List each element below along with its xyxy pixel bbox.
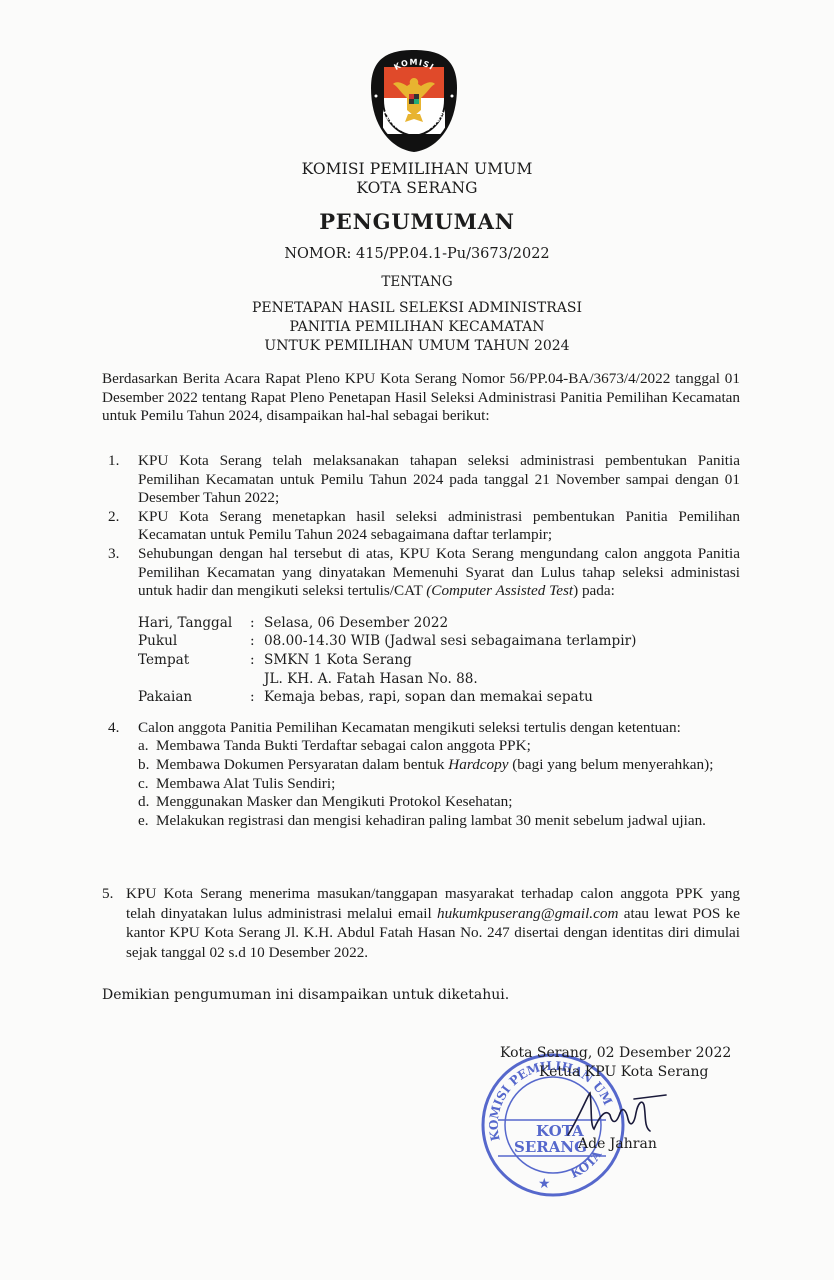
tentang-label: TENTANG (0, 274, 834, 290)
subject-line2: PANITIA PEMILIHAN KECAMATAN (0, 318, 834, 337)
institution-name: KOMISI PEMILIHAN UMUM KOTA SERANG (0, 160, 834, 198)
list-item: 5. KPU Kota Serang menerima masukan/tang… (126, 884, 740, 962)
institution-line1: KOMISI PEMILIHAN UMUM (0, 160, 834, 179)
schedule-row: Pukul : 08.00-14.30 WIB (Jadwal sesi seb… (138, 632, 740, 651)
item-text: KPU Kota Serang menetapkan hasil seleksi… (138, 508, 740, 544)
schedule-label: Hari, Tanggal (138, 614, 250, 633)
schedule-colon: : (250, 651, 264, 670)
subject-line1: PENETAPAN HASIL SELEKSI ADMINISTRASI (0, 299, 834, 318)
item-number: 3. (108, 545, 119, 564)
item-number: 1. (108, 452, 119, 471)
item-number: 2. (108, 508, 119, 527)
schedule-value: JL. KH. A. Fatah Hasan No. 88. (264, 670, 740, 689)
schedule-value: Selasa, 06 Desember 2022 (264, 614, 740, 633)
schedule-value: SMKN 1 Kota Serang (264, 651, 740, 670)
schedule-row: JL. KH. A. Fatah Hasan No. 88. (138, 670, 740, 689)
schedule-label: Pakaian (138, 688, 250, 707)
requirement-letter: c. (138, 775, 149, 794)
place-date: Kota Serang, 02 Desember 2022 (482, 1044, 772, 1063)
requirement-text: Membawa Dokumen Persyaratan dalam bentuk (156, 756, 448, 773)
signer-role: Ketua KPU Kota Serang (482, 1063, 772, 1082)
document-number: NOMOR: 415/PP.04.1-Pu/3673/2022 (0, 246, 834, 262)
requirement-item: e. Melakukan registrasi dan mengisi keha… (102, 812, 740, 831)
schedule-label (138, 670, 250, 689)
requirement-item: a. Membawa Tanda Bukti Terdaftar sebagai… (102, 737, 740, 756)
handwritten-signature-icon (560, 1085, 670, 1145)
requirement-letter: d. (138, 793, 149, 812)
list-item: 2. KPU Kota Serang menetapkan hasil sele… (102, 508, 740, 545)
requirement-text: Menggunakan Masker dan Mengikuti Protoko… (156, 793, 512, 810)
subject-line3: UNTUK PEMILIHAN UMUM TAHUN 2024 (0, 337, 834, 356)
schedule-row: Hari, Tanggal : Selasa, 06 Desember 2022 (138, 614, 740, 633)
signature-block: Kota Serang, 02 Desember 2022 Ketua KPU … (482, 1044, 772, 1082)
item-italic-text: (Computer Assisted Test (426, 582, 573, 599)
schedule-colon: : (250, 632, 264, 651)
list-item: 3. Sehubungan dengan hal tersebut di ata… (102, 545, 740, 601)
item-text: Calon anggota Panitia Pemilihan Kecamata… (138, 719, 681, 736)
schedule-label: Pukul (138, 632, 250, 651)
kpu-logo-icon: KOMISI PEMILIHAN UMUM (369, 48, 459, 153)
requirement-item: c. Membawa Alat Tulis Sendiri; (102, 775, 740, 794)
schedule-row: Tempat : SMKN 1 Kota Serang (138, 651, 740, 670)
intro-paragraph: Berdasarkan Berita Acara Rapat Pleno KPU… (102, 370, 740, 426)
document-title: PENGUMUMAN (0, 209, 834, 234)
item-number: 5. (102, 884, 113, 904)
schedule-label: Tempat (138, 651, 250, 670)
list-item: 4. Calon anggota Panitia Pemilihan Kecam… (102, 719, 740, 738)
requirement-italic-text: Hardcopy (448, 756, 508, 773)
requirement-text: Membawa Alat Tulis Sendiri; (156, 775, 335, 792)
requirement-text: Membawa Tanda Bukti Terdaftar sebagai ca… (156, 737, 531, 754)
schedule-colon (250, 670, 264, 689)
schedule-row: Pakaian : Kemaja bebas, rapi, sopan dan … (138, 688, 740, 707)
requirement-text-tail: (bagi yang belum menyerahkan); (508, 756, 713, 773)
item-text-tail: ) pada: (573, 582, 615, 599)
announcement-document: KOMISI PEMILIHAN UMUM KOMISI PEMILIHAN U… (0, 0, 834, 1280)
document-subject: PENETAPAN HASIL SELEKSI ADMINISTRASI PAN… (0, 299, 834, 356)
schedule-value: Kemaja bebas, rapi, sopan dan memakai se… (264, 688, 740, 707)
list-item: 1. KPU Kota Serang telah melaksanakan ta… (102, 452, 740, 508)
schedule-value: 08.00-14.30 WIB (Jadwal sesi sebagaimana… (264, 632, 740, 651)
email-link[interactable]: hukumkpuserang@gmail.com (437, 905, 618, 922)
closing-statement: Demikian pengumuman ini disampaikan untu… (102, 987, 509, 1003)
item-text: KPU Kota Serang telah melaksanakan tahap… (138, 452, 740, 506)
schedule-colon: : (250, 614, 264, 633)
item-number: 4. (108, 719, 119, 738)
requirement-letter: a. (138, 737, 149, 756)
requirement-letter: e. (138, 812, 149, 831)
requirement-text: Melakukan registrasi dan mengisi kehadir… (156, 812, 706, 829)
requirement-item: d. Menggunakan Masker dan Mengikuti Prot… (102, 793, 740, 812)
requirement-letter: b. (138, 756, 149, 775)
institution-line2: KOTA SERANG (0, 179, 834, 198)
requirement-item: b. Membawa Dokumen Persyaratan dalam ben… (102, 756, 740, 775)
schedule-colon: : (250, 688, 264, 707)
schedule-table: Hari, Tanggal : Selasa, 06 Desember 2022… (138, 614, 740, 707)
announcement-list: 1. KPU Kota Serang telah melaksanakan ta… (102, 452, 740, 830)
svg-text:★: ★ (538, 1176, 551, 1192)
